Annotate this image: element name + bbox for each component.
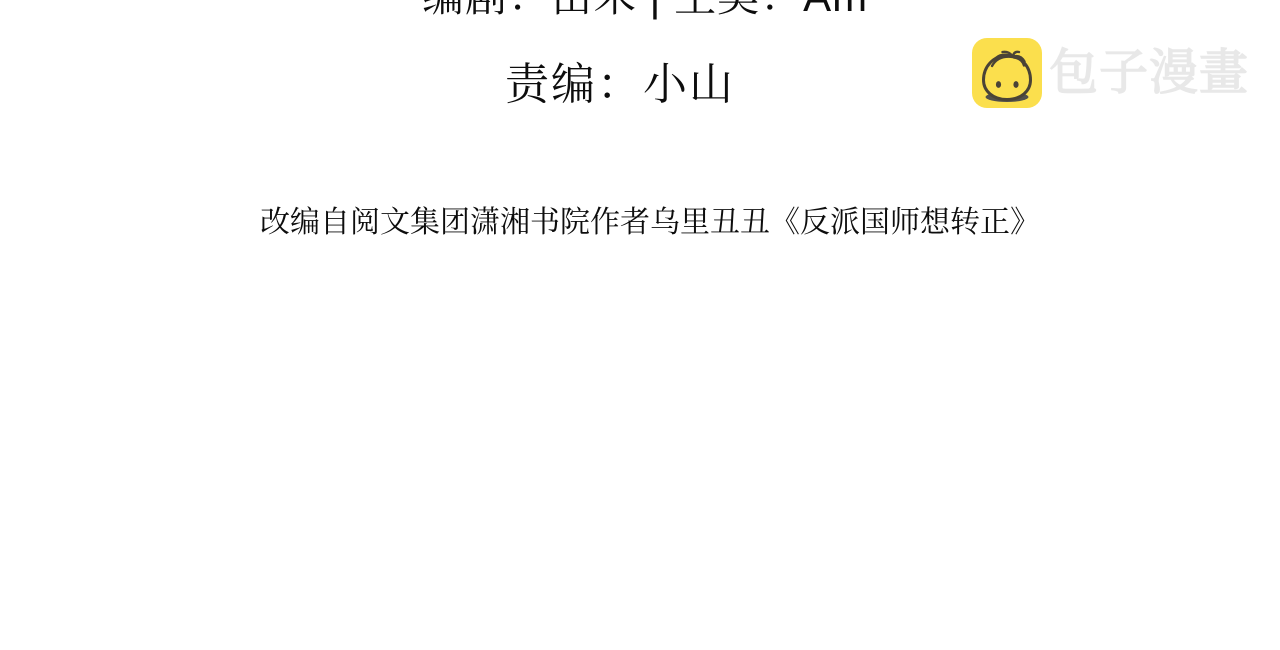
baozi-bun-icon [972, 38, 1042, 108]
comic-page: 编剧：由米 | 主美：Am 责编：小山 包子漫畫 改编自阅文集团潇湘书院作者乌里… [0, 0, 1280, 650]
brand-wordmark: 包子漫畫 [1049, 38, 1249, 108]
brand-watermark: 包子漫畫 [972, 38, 1249, 108]
adaptation-note: 改编自阅文集团潇湘书院作者乌里丑丑《反派国师想转正》 [20, 205, 1280, 240]
credits-line-writer-artist: 编剧：由米 | 主美：Am [10, 0, 1280, 18]
